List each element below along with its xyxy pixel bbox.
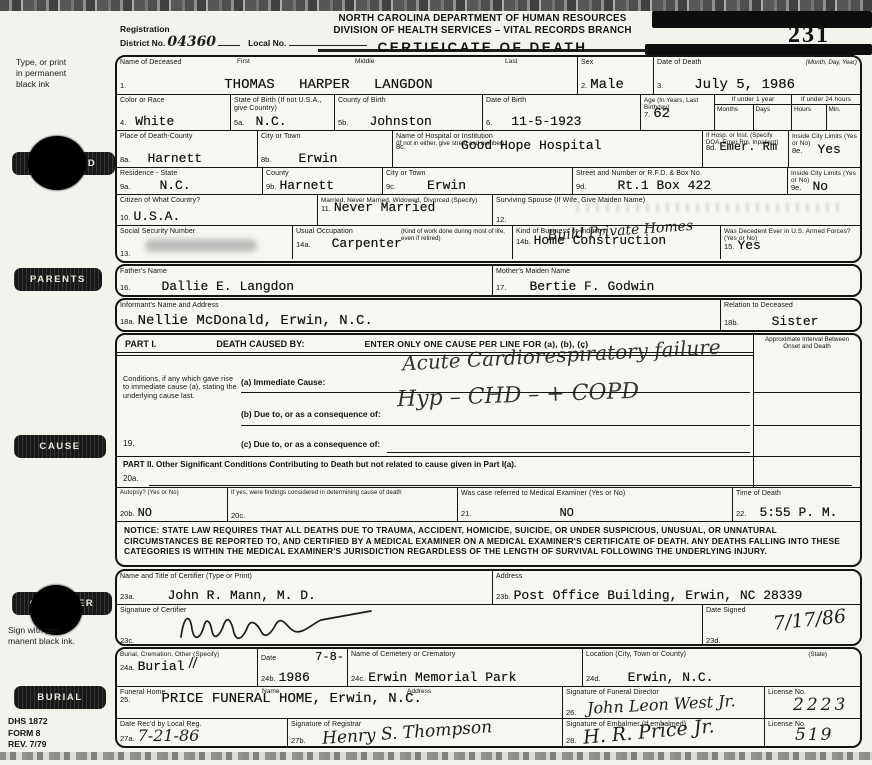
medical-examiner-notice: NOTICE: STATE LAW REQUIRES THAT ALL DEAT… xyxy=(124,525,853,557)
due-to-b-label: (b) Due to, or as a consequence of: xyxy=(241,409,381,419)
field-disposition-type: Burial, Cremation, Other (Specify) 24a. … xyxy=(117,649,257,686)
field-certifier-address: Address 23b. Post Office Building, Erwin… xyxy=(492,571,860,604)
section-informant: Informant's Name and Address 18a. Nellie… xyxy=(115,298,862,332)
margin-note-type: Type, or print in permanent black ink xyxy=(16,57,66,91)
section-certifier: Name and Title of Certifier (Type or Pri… xyxy=(115,569,862,646)
residence-city-limits-value: No xyxy=(812,180,828,194)
registration-label: Registration xyxy=(120,24,400,34)
interval-label: Approximate Interval Between Onset and D… xyxy=(758,337,856,351)
death-city-value: Erwin xyxy=(298,152,337,166)
field-date-received: Date Rec'd by Local Reg. 27a. 7-21-86 xyxy=(117,719,287,746)
field-certifier-signature: Signature of Certifier 23c. xyxy=(117,605,702,646)
field-age: Age (In Years, Last Birthday) 7. 62 xyxy=(640,95,714,130)
age-value: 62 xyxy=(653,107,670,122)
field-date-of-birth: Date of Birth 6. 11-5-1923 xyxy=(482,95,640,130)
hole-punch-top xyxy=(28,136,86,190)
section-burial: Burial, Cremation, Other (Specify) 24a. … xyxy=(115,647,862,748)
embalmer-license-value: 519 xyxy=(795,725,833,745)
field-funeral-director-signature: Signature of Funeral Director John Leon … xyxy=(562,687,764,718)
row-citizen-marital: Citizen of What Country? 10. U.S.A. Marr… xyxy=(117,195,860,226)
disposition-type-value: Burial xyxy=(138,660,185,674)
district-no-value: 04360 xyxy=(167,34,216,50)
num-20a: 20a. xyxy=(123,474,139,483)
row-residence: Residence - State 9a. N.C. County 9b. Ha… xyxy=(117,168,860,195)
ssn-redaction-blur xyxy=(145,239,257,252)
section-deceased: Name of Deceased First Middle Last 1. TH… xyxy=(115,55,862,263)
field-certifier-name: Name and Title of Certifier (Type or Pri… xyxy=(117,571,492,604)
field-state-of-birth: State of Birth (If not U.S.A., give Coun… xyxy=(230,95,334,130)
field-embalmer-license: License No. 519 xyxy=(764,719,860,746)
death-certificate-scan: { "hdr": { "l1": "NORTH CAROLINA DEPARTM… xyxy=(0,0,872,765)
field-residence-street: Street and Number or R.F.D. & Box No. 9d… xyxy=(572,168,787,194)
me-referred-value: NO xyxy=(559,507,573,520)
field-residence-county: County 9b. Harnett xyxy=(262,168,382,194)
field-cemetery: Name of Cemetery or Crematory 24c. Erwin… xyxy=(347,649,582,686)
field-informant: Informant's Name and Address 18a. Nellie… xyxy=(117,300,720,330)
time-of-death-value: 5:55 P. M. xyxy=(759,506,837,520)
disposition-date-line2: 1986 xyxy=(279,671,310,685)
min-label: Min. xyxy=(826,105,861,130)
field-residence-state: Residence - State 9a. N.C. xyxy=(117,168,262,194)
row-place-of-death: Place of Death-County 8a. Harnett City o… xyxy=(117,131,860,168)
field-disposition-date: Date 7-8- 24b. 1986 xyxy=(257,649,347,686)
line-c-rule xyxy=(387,452,750,453)
funeral-home-value: PRICE FUNERAL HOME, Erwin, N.C. xyxy=(161,692,421,707)
field-embalmer-signature: Signature of Embalmer (If embalmed) H. R… xyxy=(562,719,764,746)
residence-city-value: Erwin xyxy=(427,179,466,193)
field-if-under-24-hours: If under 24 hours Hours Min. xyxy=(791,95,860,130)
state-sublabel: (State) xyxy=(808,652,827,659)
hours-label: Hours xyxy=(792,105,826,130)
residence-state-value: N.C. xyxy=(159,179,190,193)
funeral-home-address-sublabel: Address xyxy=(407,688,431,695)
spouse-smudge xyxy=(576,203,846,212)
field-date-of-death: Date of Death (Month, Day, Year) 3. July… xyxy=(653,57,860,94)
death-county-value: Harnett xyxy=(147,152,202,166)
line-20a-rule xyxy=(149,485,852,486)
field-mother-maiden-name: Mother's Maiden Name 17. Bertie F. Godwi… xyxy=(492,266,860,295)
due-to-c-label: (c) Due to, or as a consequence of: xyxy=(241,439,380,449)
district-no-line xyxy=(218,36,240,46)
cemetery-value: Erwin Memorial Park xyxy=(368,671,516,685)
cemetery-location-value: Erwin, N.C. xyxy=(628,671,714,685)
marital-status-value: Never Married xyxy=(334,201,435,215)
death-caused-by-label: DEATH CAUSED BY: xyxy=(216,339,304,349)
registration-block: Registration District No. 04360 Local No… xyxy=(120,24,400,50)
local-no-label: Local No. xyxy=(248,38,286,48)
num-19: 19. xyxy=(123,438,135,448)
pen-marks xyxy=(187,655,199,670)
form-id-block: DHS 1872 FORM 8 REV. 7/79 xyxy=(8,716,48,751)
father-name-value: Dallie E. Langdon xyxy=(161,280,294,294)
tab-parents: PARENTS xyxy=(14,268,102,291)
interval-line-a xyxy=(753,392,860,393)
name-sub-first: First xyxy=(237,58,250,65)
redaction-bar-top xyxy=(652,11,872,28)
months-label: Months xyxy=(715,105,753,130)
field-death-county: Place of Death-County 8a. Harnett xyxy=(117,131,257,167)
field-director-license: License No. 2223 xyxy=(764,687,860,718)
field-death-city-limits: Inside City Limits (Yes or No) 8e. Yes xyxy=(788,131,860,167)
residence-street-value: Rt.1 Box 422 xyxy=(617,179,711,193)
row-name-sex-date: Name of Deceased First Middle Last 1. TH… xyxy=(117,57,860,95)
sex-value: Male xyxy=(590,78,624,93)
field-if-under-1-year: If under 1 year Months Days xyxy=(714,95,791,130)
field-death-city: City or Town 8b. Erwin xyxy=(257,131,392,167)
field-county-of-birth: County of Birth 5b. Johnston xyxy=(334,95,482,130)
date-of-death-hint: (Month, Day, Year) xyxy=(806,60,857,67)
field-me-referred: Was case referred to Medical Examiner (Y… xyxy=(457,488,732,521)
hospital-value: Good Hope Hospital xyxy=(461,139,601,153)
field-business-industry: Kind of Business or Industry Build Priva… xyxy=(512,226,720,259)
state-of-birth-value: N.C. xyxy=(255,115,286,129)
row-autopsy: Autopsy? (Yes or No) 20b. NO If yes, wer… xyxy=(117,487,860,522)
disposition-date-line1: 7-8- xyxy=(315,651,344,664)
mother-maiden-name-value: Bertie F. Godwin xyxy=(529,280,654,294)
field-residence-city-limits: Inside City Limits (Yes or No) 9e. No xyxy=(787,168,860,194)
tab-cause: CAUSE xyxy=(14,435,106,458)
field-findings-considered: If yes, were findings considered in dete… xyxy=(227,488,457,521)
armed-forces-value: Yes xyxy=(737,239,760,253)
occupation-value: Carpenter xyxy=(332,237,402,251)
hosp-type-value: Emer. Rm xyxy=(719,141,777,154)
name-sub-middle: Middle xyxy=(355,58,374,65)
certificate-number: 231 xyxy=(788,22,830,49)
field-autopsy: Autopsy? (Yes or No) 20b. NO xyxy=(117,488,227,521)
row-race-birth-age: Color or Race 4. White State of Birth (I… xyxy=(117,95,860,131)
death-city-limits-value: Yes xyxy=(817,143,840,157)
field-armed-forces: Was Decedent Ever in U.S. Armed Forces? … xyxy=(720,226,860,259)
row-certifier-name: Name and Title of Certifier (Type or Pri… xyxy=(117,571,860,605)
field-race: Color or Race 4. White xyxy=(117,95,230,130)
relation-value: Sister xyxy=(772,315,819,329)
conditions-note: Conditions, if any which gave rise to im… xyxy=(123,375,237,400)
row-registrar: Date Rec'd by Local Reg. 27a. 7-21-86 Si… xyxy=(117,719,860,746)
district-no-label: District No. xyxy=(120,38,165,48)
field-date-signed: Date Signed 7/17/86 23d. xyxy=(702,605,860,646)
row-disposition: Burial, Cremation, Other (Specify) 24a. … xyxy=(117,649,860,687)
name-value: THOMAS HARPER LANGDON xyxy=(224,78,432,93)
field-marital-status: Married, Never Married, Widowed, Divorce… xyxy=(317,195,492,225)
days-label: Days xyxy=(753,105,792,130)
date-of-death-value: July 5, 1986 xyxy=(694,78,795,93)
due-to-b-handwriting: Hyp – CHD – + COPD xyxy=(397,379,640,412)
field-registrar-signature: Signature of Registrar Henry S. Thompson… xyxy=(287,719,562,746)
redaction-bar-under-number xyxy=(645,44,872,55)
field-funeral-home: Funeral Home Name Address 25. PRICE FUNE… xyxy=(117,687,562,718)
margin-note-sign: Sign with per- manent black ink. xyxy=(8,625,75,647)
row-parents: Father's Name 16. Dallie E. Langdon Moth… xyxy=(117,266,860,295)
immediate-cause-label: (a) Immediate Cause: xyxy=(241,377,325,387)
director-license-value: 2223 xyxy=(793,695,848,715)
row-informant: Informant's Name and Address 18a. Nellie… xyxy=(117,300,860,330)
field-name-of-deceased: Name of Deceased First Middle Last 1. TH… xyxy=(117,57,577,94)
race-value: White xyxy=(135,115,174,129)
field-citizen: Citizen of What Country? 10. U.S.A. xyxy=(117,195,317,225)
section-cause: PART I. DEATH CAUSED BY: ENTER ONLY ONE … xyxy=(115,333,862,567)
citizen-value: U.S.A. xyxy=(133,210,180,224)
field-hospital: Name of Hospital or Institution (If not … xyxy=(392,131,702,167)
date-received-value: 7-21-86 xyxy=(138,726,200,745)
row-certifier-signature: Signature of Certifier 23c. Date Signed … xyxy=(117,605,860,646)
autopsy-value: NO xyxy=(138,507,152,520)
part1-label: PART I. xyxy=(125,339,156,349)
informant-value: Nellie McDonald, Erwin, N.C. xyxy=(138,314,373,329)
certifier-name-value: John R. Mann, M. D. xyxy=(168,589,316,603)
field-time-of-death: Time of Death 22. 5:55 P. M. xyxy=(732,488,860,521)
interval-line-b xyxy=(753,425,860,426)
section-parents: Father's Name 16. Dallie E. Langdon Moth… xyxy=(115,264,862,297)
tab-burial: BURIAL xyxy=(14,686,106,709)
residence-county-value: Harnett xyxy=(279,179,334,193)
funeral-home-name-sublabel: Name xyxy=(262,688,280,695)
field-occupation: Usual Occupation (Kind of work done duri… xyxy=(292,226,512,259)
field-father-name: Father's Name 16. Dallie E. Langdon xyxy=(117,266,492,295)
local-no-line xyxy=(289,36,367,46)
certifier-address-value: Post Office Building, Erwin, NC 28339 xyxy=(514,589,803,603)
field-hosp-type: If Hosp. or Inst. (Specify DOA, Emer Rm,… xyxy=(702,131,788,167)
field-sex: Sex 2. Male xyxy=(577,57,653,94)
field-ssn: Social Security Number 13. xyxy=(117,226,292,259)
county-of-birth-value: Johnston xyxy=(369,115,431,129)
row-funeral-home: Funeral Home Name Address 25. PRICE FUNE… xyxy=(117,687,860,719)
row-ssn-occupation: Social Security Number 13. Usual Occupat… xyxy=(117,226,860,259)
part2-label: PART II. Other Significant Conditions Co… xyxy=(117,456,860,469)
date-of-birth-value: 11-5-1923 xyxy=(511,115,581,129)
field-relation: Relation to Deceased 18b. Sister xyxy=(720,300,860,330)
field-cemetery-location: Location (City, Town or County) (State) … xyxy=(582,649,860,686)
line-b-rule xyxy=(241,425,750,426)
field-residence-city: City or Town 9c. Erwin xyxy=(382,168,572,194)
certifier-signature-scrawl xyxy=(175,607,390,643)
scan-noise-top-strip xyxy=(0,0,872,11)
name-sub-last: Last xyxy=(505,58,517,65)
scan-noise-bottom-strip xyxy=(0,752,872,760)
